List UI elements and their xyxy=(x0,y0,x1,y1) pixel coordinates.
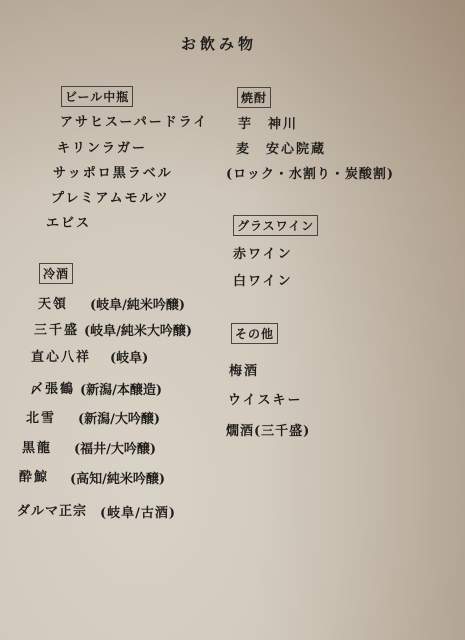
reishu-item-note: (新潟/大吟醸) xyxy=(78,408,160,427)
reishu-item-name: 黒龍 xyxy=(22,437,52,456)
reishu-item-name: 天領 xyxy=(38,293,68,312)
shochu-heading: 焼酎 xyxy=(237,87,271,108)
reishu-item-name: 直心八祥 xyxy=(31,346,91,365)
reishu-item-name: 〆張鶴 xyxy=(30,378,75,397)
beer-heading: ビール中瓶 xyxy=(61,86,133,107)
reishu-item-note: (岐阜/純米大吟醸) xyxy=(84,320,192,339)
reishu-item-note: (新潟/本醸造) xyxy=(80,379,162,398)
reishu-item-name: 三千盛 xyxy=(34,319,79,338)
wine-item: 白ワイン xyxy=(233,270,293,289)
wine-item: 赤ワイン xyxy=(233,243,293,262)
reishu-item-note: (岐阜/古酒) xyxy=(100,502,176,521)
beer-item: エビス xyxy=(46,212,91,231)
beer-item: プレミアムモルツ xyxy=(51,187,170,206)
beer-item: キリンラガー xyxy=(57,137,147,156)
shochu-item: 芋 神川 xyxy=(238,113,298,132)
other-item: 梅酒 xyxy=(229,360,259,379)
reishu-item-name: 北雪 xyxy=(26,407,56,426)
reishu-item-note: (福井/大吟醸) xyxy=(74,438,156,457)
other-item: ウイスキー xyxy=(228,389,302,408)
wine-heading: グラスワイン xyxy=(233,215,318,236)
shochu-note: (ロック・水割り・炭酸割) xyxy=(226,163,394,182)
menu-title: お飲み物 xyxy=(181,33,257,54)
reishu-heading: 冷酒 xyxy=(39,263,73,284)
other-item: 燗酒(三千盛) xyxy=(226,420,310,439)
reishu-item-note: (岐阜/純米吟醸) xyxy=(90,294,185,313)
reishu-item-name: 酔鯨 xyxy=(19,466,49,485)
shochu-item: 麦 安心院蔵 xyxy=(236,138,326,157)
beer-item: サッポロ黒ラベル xyxy=(53,162,173,181)
reishu-item-name: ダルマ正宗 xyxy=(17,500,87,519)
reishu-item-note: (岐阜) xyxy=(110,347,148,366)
beer-item: アサヒスーパードライ xyxy=(60,111,208,130)
reishu-item-note: (高知/純米吟醸) xyxy=(70,468,165,487)
other-heading: その他 xyxy=(231,323,278,344)
